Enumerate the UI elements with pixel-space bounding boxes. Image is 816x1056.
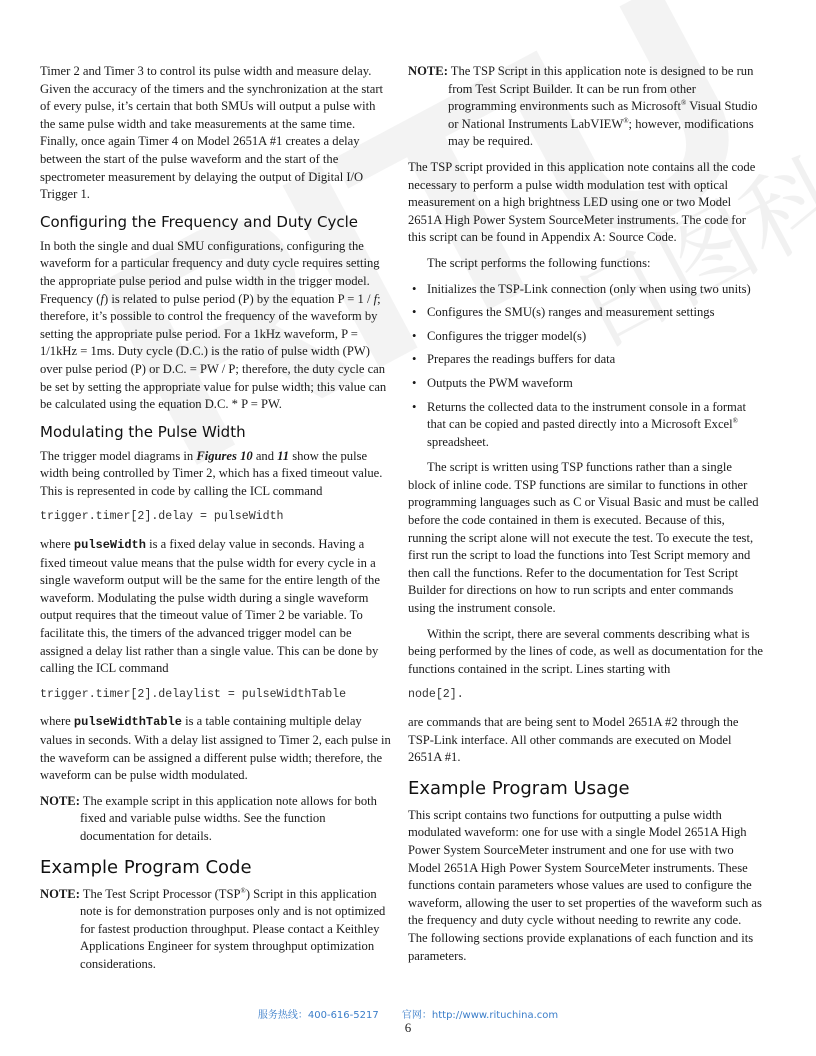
list-item: •Outputs the PWM waveform: [408, 375, 763, 393]
note-test-script-builder: NOTE: The TSP Script in this application…: [408, 63, 763, 151]
functions-lead: The script performs the following functi…: [408, 255, 763, 273]
list-item: •Prepares the readings buffers for data: [408, 351, 763, 369]
list-item: •Returns the collected data to the instr…: [408, 399, 763, 452]
heading-frequency-duty-cycle: Configuring the Frequency and Duty Cycle: [40, 212, 392, 232]
left-column: Timer 2 and Timer 3 to control its pulse…: [40, 63, 392, 982]
footer-contact: 服务热线：400-616-5217 官网：http://www.rituchin…: [0, 1006, 816, 1021]
comments-paragraph: Within the script, there are several com…: [408, 626, 763, 679]
page-number: 6: [0, 1020, 816, 1036]
intro-paragraph: Timer 2 and Timer 3 to control its pulse…: [40, 63, 392, 204]
frequency-paragraph: In both the single and dual SMU configur…: [40, 238, 392, 414]
bullet-icon: •: [412, 351, 416, 369]
functions-list: •Initializes the TSP-Link connection (on…: [408, 281, 763, 452]
node-commands-paragraph: are commands that are being sent to Mode…: [408, 714, 763, 767]
code-timer-delay: trigger.timer[2].delay = pulseWidth: [40, 508, 392, 526]
tsp-intro-paragraph: The TSP script provided in this applicat…: [408, 159, 763, 247]
bullet-icon: •: [412, 375, 416, 393]
modulating-paragraph-3: where pulseWidthTable is a table contain…: [40, 713, 392, 784]
code-node: node[2].: [408, 686, 763, 704]
note-pulse-widths: NOTE: The example script in this applica…: [40, 793, 392, 846]
heading-example-program-code: Example Program Code: [40, 856, 392, 880]
code-timer-delaylist: trigger.timer[2].delaylist = pulseWidthT…: [40, 686, 392, 704]
heading-modulating-pulse-width: Modulating the Pulse Width: [40, 422, 392, 442]
figure-reference: Figures 10: [196, 449, 252, 463]
code-variable: pulseWidthTable: [74, 715, 182, 729]
heading-example-program-usage: Example Program Usage: [408, 777, 763, 801]
modulating-paragraph-1: The trigger model diagrams in Figures 10…: [40, 448, 392, 501]
list-item: •Configures the SMU(s) ranges and measur…: [408, 304, 763, 322]
figure-reference: 11: [277, 449, 289, 463]
code-variable: pulseWidth: [74, 538, 146, 552]
note-tsp-demonstration: NOTE: The Test Script Processor (TSP®) S…: [40, 886, 392, 974]
bullet-icon: •: [412, 328, 416, 346]
list-item: •Initializes the TSP-Link connection (on…: [408, 281, 763, 299]
bullet-icon: •: [412, 304, 416, 322]
modulating-paragraph-2: where pulseWidth is a fixed delay value …: [40, 536, 392, 678]
tsp-functions-paragraph: The script is written using TSP function…: [408, 459, 763, 617]
right-column: NOTE: The TSP Script in this application…: [408, 63, 763, 973]
usage-paragraph: This script contains two functions for o…: [408, 807, 763, 965]
bullet-icon: •: [412, 281, 416, 299]
bullet-icon: •: [412, 399, 416, 417]
list-item: •Configures the trigger model(s): [408, 328, 763, 346]
